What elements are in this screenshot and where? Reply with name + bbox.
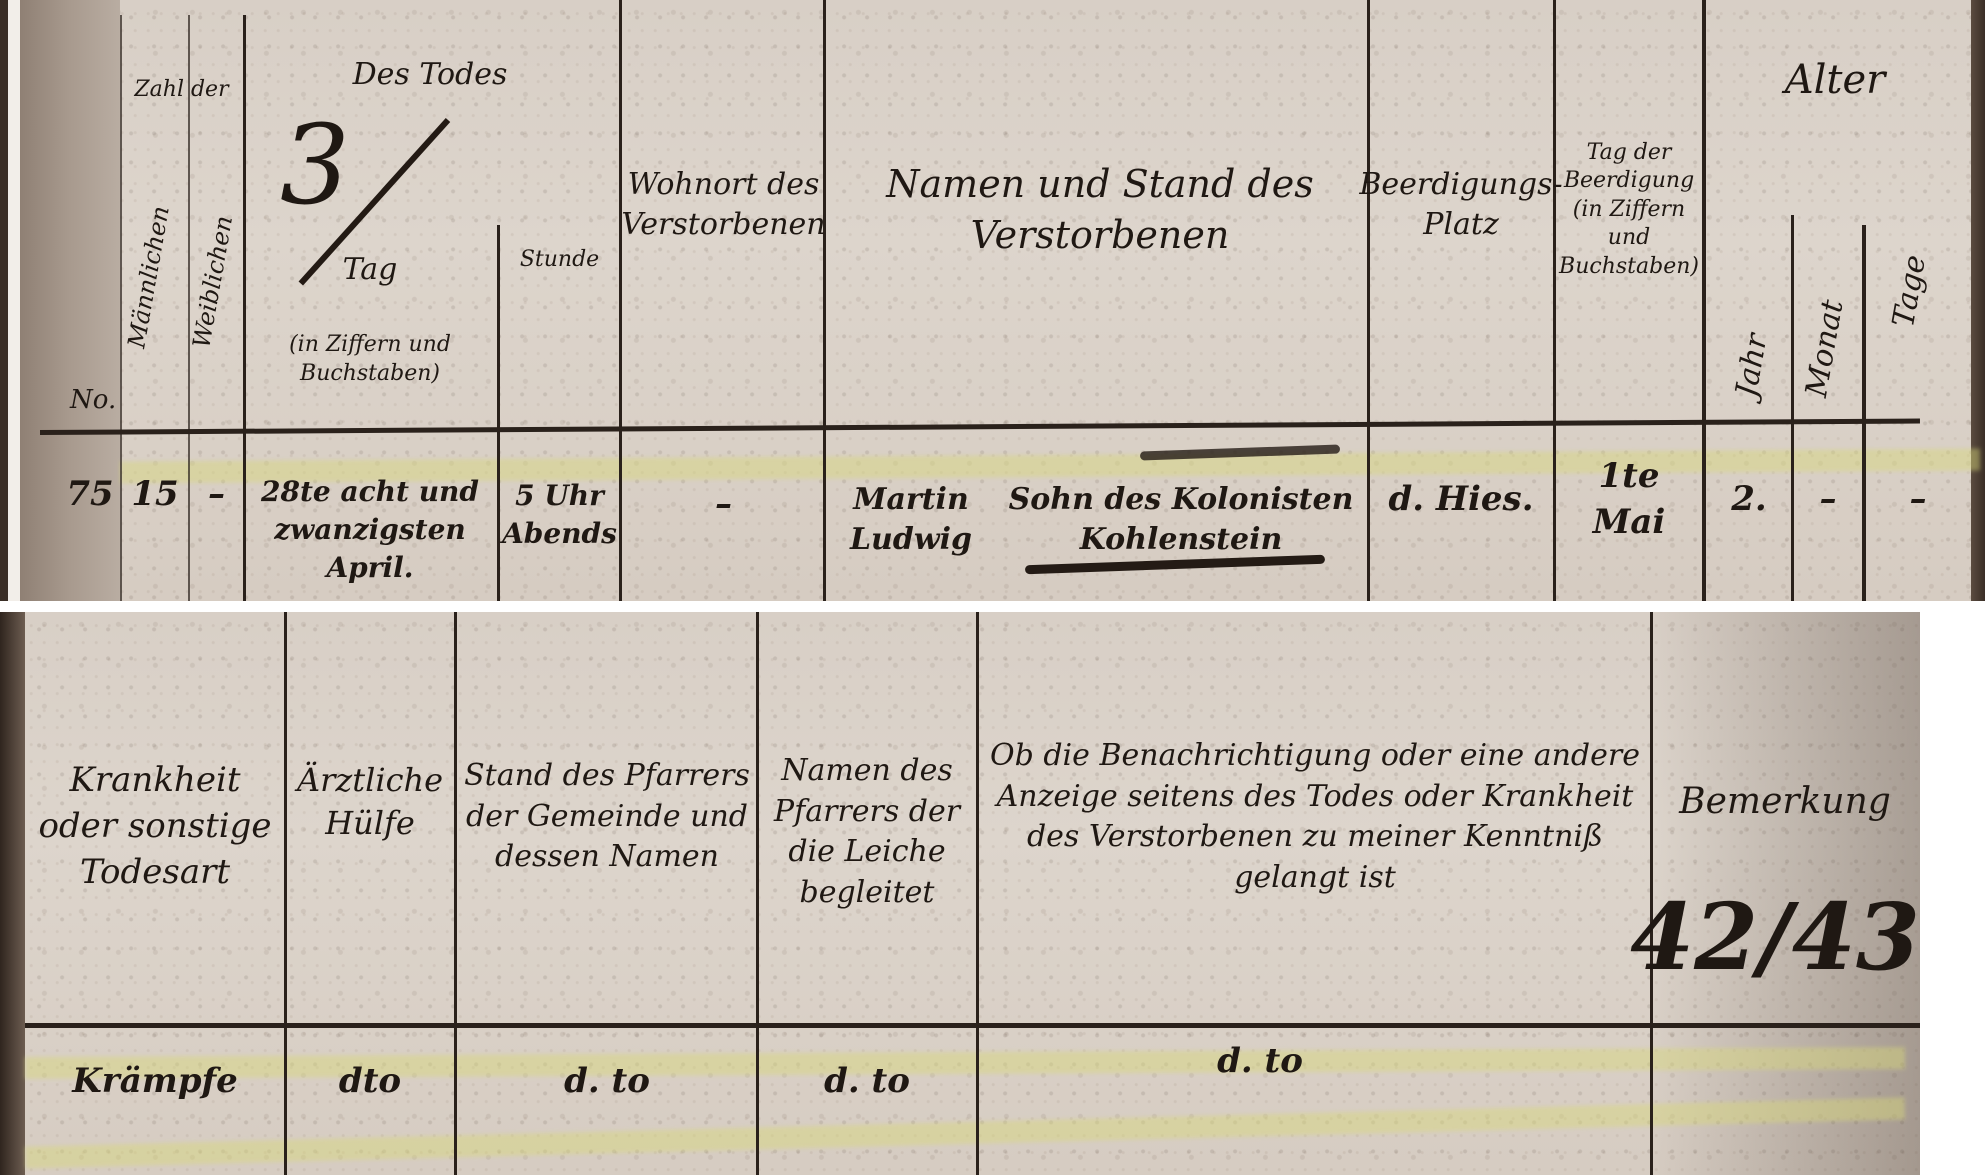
rule	[1702, 0, 1706, 601]
header-stand-pfarrer: Stand des Pfarrers der Gemeinde und dess…	[462, 632, 752, 1002]
rule	[1791, 215, 1794, 601]
row-stand-pfarrer: d. to	[462, 1042, 752, 1122]
header-tag: Tag	[250, 240, 490, 300]
header-maennlich: Männlichen	[122, 188, 177, 350]
row-tag-beerdigung: 1te Mai	[1558, 465, 1700, 535]
row-weiblich: –	[190, 460, 243, 530]
header-monat: Monat	[1799, 295, 1851, 400]
row-begraebnis: d. Hies.	[1372, 465, 1550, 535]
row-no: 75	[60, 460, 120, 530]
header-arzt: Ärztliche Hülfe	[290, 672, 450, 932]
header-name: Namen und Stand des Verstorbenen	[850, 80, 1350, 340]
rule	[976, 612, 979, 1175]
rule	[619, 0, 622, 601]
row-maennlich: 15	[122, 460, 188, 530]
header-alter: Alter	[1710, 40, 1960, 120]
row-vorname: Martin Ludwig	[826, 470, 996, 570]
rule	[243, 15, 246, 601]
page-reference: 42/43	[1660, 862, 1890, 1012]
rule	[756, 612, 759, 1175]
rule	[1553, 0, 1556, 601]
header-tag-note: (in Ziffern und Buchstaben)	[250, 315, 490, 405]
row-bemerkungen: d. to	[1050, 1027, 1470, 1097]
rule	[454, 612, 457, 1175]
header-bemerkung: Bemerkung	[1660, 762, 1910, 842]
header-stunde: Stunde	[500, 230, 619, 290]
header-tage: Tage	[1886, 225, 1938, 330]
page-edge-left	[0, 612, 25, 1175]
header-bemerkungen: Ob die Benachrichtigung oder eine andere…	[990, 632, 1640, 1002]
rule	[1862, 225, 1866, 601]
row-alter-tage: –	[1868, 465, 1968, 535]
row-wohnort: –	[626, 465, 821, 545]
register-top-panel: No. Zahl der Männlichen Weiblichen Des T…	[0, 0, 1985, 601]
header-tag-beerdigung: Tag der Beerdigung (in Ziffern und Buchs…	[1558, 60, 1700, 360]
row-bemerkung	[1660, 1042, 1910, 1122]
header-no: No.	[70, 385, 116, 415]
header-jahr: Jahr	[1729, 295, 1781, 400]
header-todes: Des Todes	[250, 40, 610, 110]
row-name-pfarrer: d. to	[762, 1042, 972, 1122]
row-tag: 28te acht und zwanzigsten April.	[250, 470, 490, 590]
register-bottom-panel: Krankheit oder sonstige Todesart Ärztlic…	[0, 612, 1920, 1175]
rule	[1367, 0, 1370, 601]
row-alter-monat: –	[1795, 465, 1861, 535]
page-edge-right	[1971, 0, 1985, 601]
row-stunde: 5 Uhr Abends	[500, 470, 619, 560]
rule	[284, 612, 287, 1175]
header-wohnort: Wohnort des Verstorbenen	[626, 90, 821, 320]
header-zahl: Zahl der	[120, 40, 243, 140]
header-weiblich: Weiblichen	[187, 188, 242, 350]
header-divider	[25, 1023, 1920, 1028]
header-name-pfarrer: Namen des Pfarrers der die Leiche beglei…	[762, 652, 972, 1012]
row-arzt: dto	[290, 1042, 450, 1122]
header-divider	[40, 419, 1920, 435]
row-alter-jahr: 2.	[1708, 465, 1790, 535]
header-mark: 3	[280, 110, 350, 220]
header-begraebnis: Beerdigungs-Platz	[1372, 90, 1550, 320]
row-krankheit: Krämpfe	[30, 1042, 280, 1122]
header-krankheit: Krankheit oder sonstige Todesart	[30, 642, 280, 1012]
